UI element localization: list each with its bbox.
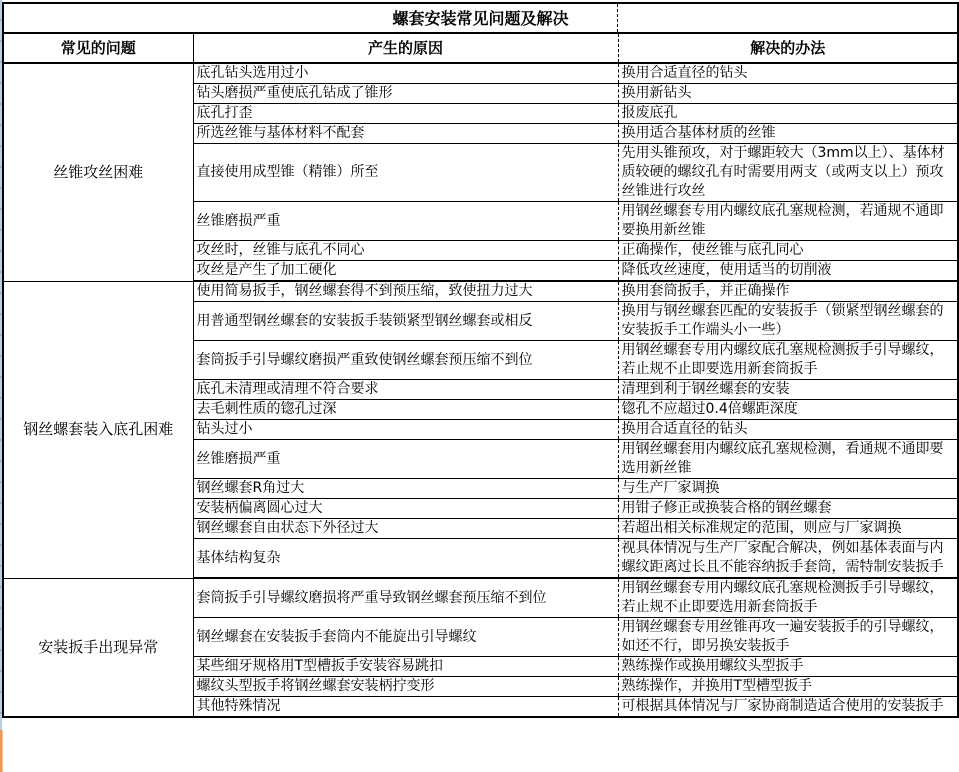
cause-cell: 底孔打歪 [193,104,618,124]
cause-cell: 螺纹头型扳手将钢丝螺套安装柄拧变形 [193,677,618,697]
cause-cell: 攻丝时，丝锥与底孔不同心 [193,241,618,261]
solution-cell: 用钢丝螺套专用内螺纹底孔塞规检测扳手引导螺纹，若止规不止即要选用新套筒扳手 [618,578,958,618]
solution-cell: 若超出相关标准规定的范围，则应与厂家调换 [618,519,958,539]
solution-cell: 熟练操作，并换用T型槽型扳手 [618,677,958,697]
table-row: 安装扳手出现异常套筒扳手引导螺纹磨损将严重导致钢丝螺套预压缩不到位用钢丝螺套专用… [3,578,958,618]
solution-cell: 用钢丝螺套专用内螺纹底孔塞规检测，若通规不通即要换用新丝锥 [618,202,958,241]
solution-cell: 用钳子修正或换装合格的钢丝螺套 [618,499,958,519]
solution-cell: 换用合适直径的钻头 [618,63,958,84]
solution-cell: 用钢丝螺套专用内螺纹底孔塞规检测扳手引导螺纹，若止规不止即要选用新套筒扳手 [618,341,958,380]
problem-cell: 丝锥攻丝困难 [3,63,193,281]
cause-cell: 套筒扳手引导螺纹磨损将严重导致钢丝螺套预压缩不到位 [193,578,618,618]
cause-cell: 钢丝螺套R角过大 [193,479,618,499]
solution-cell: 可根据具体情况与厂家协商制造适合使用的安装扳手 [618,697,958,718]
cause-cell: 丝锥磨损严重 [193,202,618,241]
cause-cell: 攻丝是产生了加工硬化 [193,261,618,282]
solution-cell: 先用头锥预攻，对于螺距较大（3mm以上）、基体材质较硬的螺纹孔有时需要用两支（或… [618,144,958,202]
solution-cell: 换用新钻头 [618,84,958,104]
table-header-row: 常见的问题 产生的原因 解决的办法 [3,33,958,63]
cause-cell: 钢丝螺套自由状态下外径过大 [193,519,618,539]
cause-cell: 某些细牙规格用T型槽扳手安装容易跳扣 [193,657,618,677]
column-header-problem: 常见的问题 [3,33,193,63]
solution-cell: 报废底孔 [618,104,958,124]
cause-cell: 去毛刺性质的锪孔过深 [193,400,618,420]
spreadsheet-edge-stripe-orange [0,730,3,772]
column-header-solution: 解决的办法 [618,33,958,63]
solution-cell: 与生产厂家调换 [618,479,958,499]
cause-cell: 底孔未清理或清理不符合要求 [193,380,618,400]
solution-cell: 换用合适直径的钻头 [618,420,958,440]
cause-cell: 钢丝螺套在安装扳手套筒内不能旋出引导螺纹 [193,618,618,657]
cause-cell: 其他特殊情况 [193,697,618,718]
cause-cell: 安装柄偏离圆心过大 [193,499,618,519]
cause-cell: 底孔钻头选用过小 [193,63,618,84]
solution-cell: 换用适合基体材质的丝锥 [618,124,958,144]
solution-cell: 换用与钢丝螺套匹配的安装扳手（锁紧型钢丝螺套的安装扳手工作端头小一些） [618,302,958,341]
solution-cell: 用钢丝螺套用内螺纹底孔塞规检测，看通规不通即要选用新丝锥 [618,440,958,479]
cause-cell: 基体结构复杂 [193,539,618,579]
solution-cell: 熟练操作或换用螺纹头型扳手 [618,657,958,677]
solution-cell: 用钢丝螺套专用丝锥再攻一遍安装扳手的引导螺纹，如还不行，即另换安装扳手 [618,618,958,657]
problem-cell: 钢丝螺套装入底孔困难 [3,281,193,578]
dashed-column-divider [617,4,618,32]
cause-cell: 使用简易扳手，钢丝螺套得不到预压缩，致使扭力过大 [193,281,618,302]
solution-cell: 视具体情况与生产厂家配合解决，例如基体表面与内螺纹距离过长且不能容纳扳手套筒，需… [618,539,958,579]
table-title-row: 螺套安装常见问题及解决 [3,3,958,33]
table-title-text: 螺套安装常见问题及解决 [393,9,569,28]
cause-cell: 直接使用成型锥（精锥）所至 [193,144,618,202]
solution-cell: 清理到利于钢丝螺套的安装 [618,380,958,400]
table-title: 螺套安装常见问题及解决 [3,3,958,33]
table-row: 钢丝螺套装入底孔困难使用简易扳手，钢丝螺套得不到预压缩，致使扭力过大换用套筒扳手… [3,281,958,302]
problem-cell: 安装扳手出现异常 [3,578,193,717]
cause-cell: 所选丝锥与基体材料不配套 [193,124,618,144]
solution-cell: 换用套筒扳手，并正确操作 [618,281,958,302]
solution-cell: 降低攻丝速度，使用适当的切削液 [618,261,958,282]
cause-cell: 用普通型钢丝螺套的安装扳手装锁紧型钢丝螺套或相反 [193,302,618,341]
cause-cell: 套筒扳手引导螺纹磨损严重致使钢丝螺套预压缩不到位 [193,341,618,380]
cause-cell: 丝锥磨损严重 [193,440,618,479]
cause-cell: 钻头磨损严重使底孔钻成了锥形 [193,84,618,104]
cause-cell: 钻头过小 [193,420,618,440]
page: 螺套安装常见问题及解决 常见的问题 产生的原因 解决的办法 丝锥攻丝困难底孔钻头… [0,0,959,772]
table-row: 丝锥攻丝困难底孔钻头选用过小换用合适直径的钻头 [3,63,958,84]
solution-cell: 锪孔不应超过0.4倍螺距深度 [618,400,958,420]
solution-cell: 正确操作，使丝锥与底孔同心 [618,241,958,261]
column-header-cause: 产生的原因 [193,33,618,63]
troubleshooting-table: 螺套安装常见问题及解决 常见的问题 产生的原因 解决的办法 丝锥攻丝困难底孔钻头… [2,2,959,718]
